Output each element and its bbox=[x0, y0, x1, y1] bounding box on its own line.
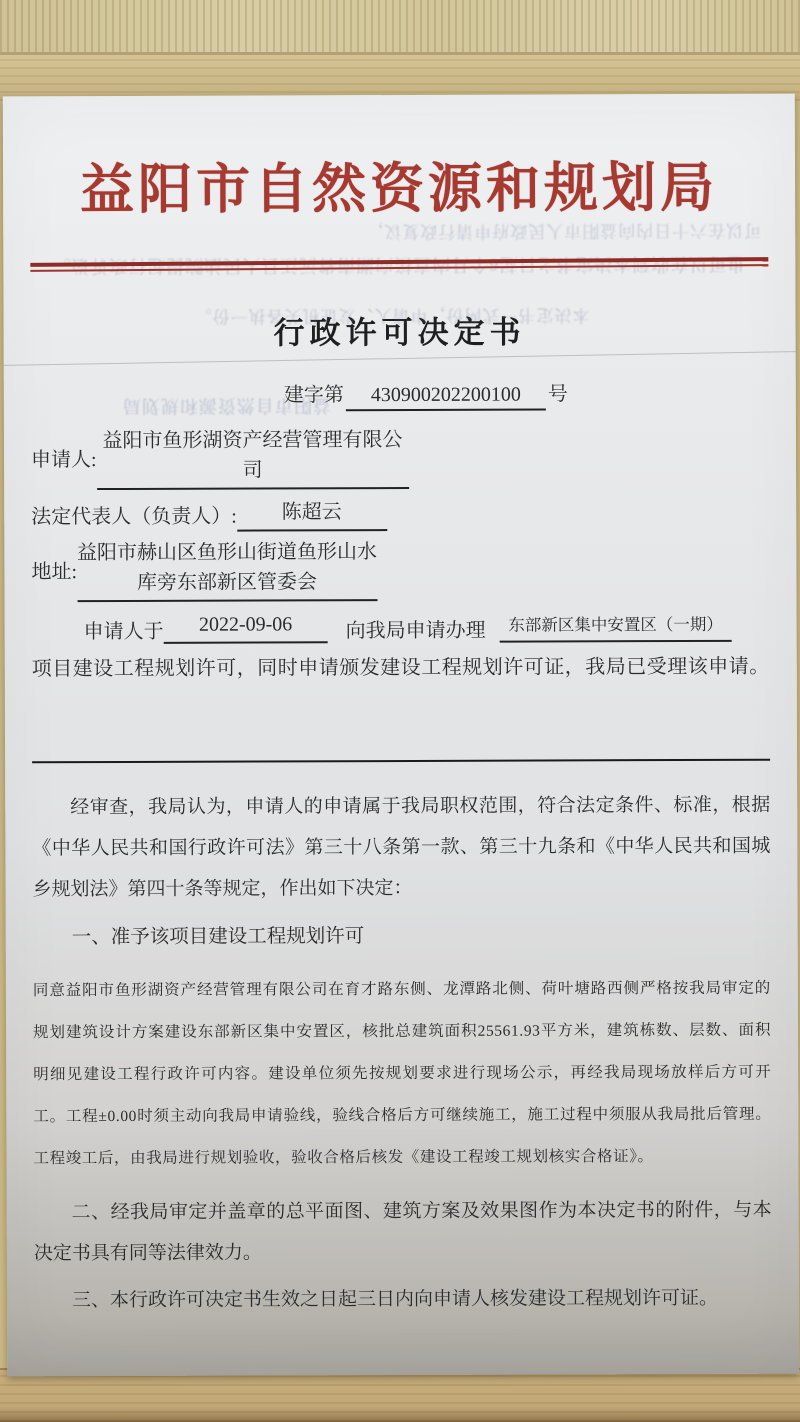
project-name: 东部新区集中安置区（一期） bbox=[500, 612, 732, 643]
legal-rep-value: 陈超云 bbox=[237, 497, 387, 532]
document-title: 行政许可决定书 bbox=[31, 305, 769, 353]
agency-title: 益阳市自然资源和规划局 bbox=[30, 94, 768, 219]
decision-1-body: 同意益阳市鱼形湖资产经营管理有限公司在育才路东侧、龙潭路北侧、荷叶塘路西侧严格按… bbox=[33, 967, 772, 1180]
application-date: 2022-09-06 bbox=[164, 609, 328, 644]
red-double-rule bbox=[30, 257, 768, 272]
applicant-row: 申请人: 益阳市鱼形湖资产经营管理有限公司 bbox=[31, 423, 769, 490]
paper-crease bbox=[4, 351, 796, 366]
doc-number-value: 430900202200100 bbox=[346, 383, 546, 411]
applied-on-label: 申请人于 bbox=[84, 615, 164, 644]
wood-floor bbox=[0, 1368, 800, 1422]
document-content: 可以在六十日内向益阳市人民政府申请行政复议， 也可以在收到本决定书之日起6个月内… bbox=[3, 94, 799, 1377]
doc-number-suffix: 号 bbox=[548, 383, 568, 405]
applicant-value: 益阳市鱼形湖资产经营管理有限公司 bbox=[96, 425, 408, 490]
decision-1-title: 一、准予该项目建设工程规划许可 bbox=[33, 915, 771, 958]
decision-2: 二、经我局审定并盖章的总平面图、建筑方案及效果图作为本决定书的附件，与本决定书具… bbox=[34, 1189, 772, 1274]
legal-rep-row: 法定代表人（负责人）: 陈超云 bbox=[31, 495, 769, 532]
wood-panel-top bbox=[0, 0, 800, 52]
address-row: 地址: 益阳市赫山区鱼形山街道鱼形山水库旁东部新区管委会 bbox=[31, 535, 769, 602]
applied-action-label: 向我局申请办理 bbox=[346, 613, 486, 642]
address-label: 地址: bbox=[31, 555, 77, 584]
section-divider-rule bbox=[32, 758, 770, 763]
doc-number-prefix: 建字第 bbox=[284, 384, 344, 406]
bleedthrough-text: 可以在六十日内向益阳市人民政府申请行政复议， bbox=[365, 220, 761, 246]
review-paragraph: 经审查，我局认为，申请人的申请属于我局职权范围，符合法定条件、标准，根据《中华人… bbox=[32, 784, 770, 910]
application-date-row: 申请人于 2022-09-06 向我局申请办理 东部新区集中安置区（一期） bbox=[84, 607, 770, 643]
application-note: 项目建设工程规划许可，同时申请颁发建设工程规划许可证，我局已受理该申请。 bbox=[32, 649, 770, 681]
decision-3: 三、本行政许可决定书生效之日起三日内向申请人核发建设工程规划许可证。 bbox=[34, 1277, 772, 1321]
document-number-row: 建字第430900202200100号 bbox=[57, 376, 795, 412]
address-value: 益阳市赫山区鱼形山街道鱼形山水库旁东部新区管委会 bbox=[77, 537, 377, 602]
legal-rep-label: 法定代表人（负责人）: bbox=[31, 500, 237, 530]
applicant-label: 申请人: bbox=[31, 443, 97, 472]
document-paper: 可以在六十日内向益阳市人民政府申请行政复议， 也可以在收到本决定书之日起6个月内… bbox=[3, 94, 799, 1377]
